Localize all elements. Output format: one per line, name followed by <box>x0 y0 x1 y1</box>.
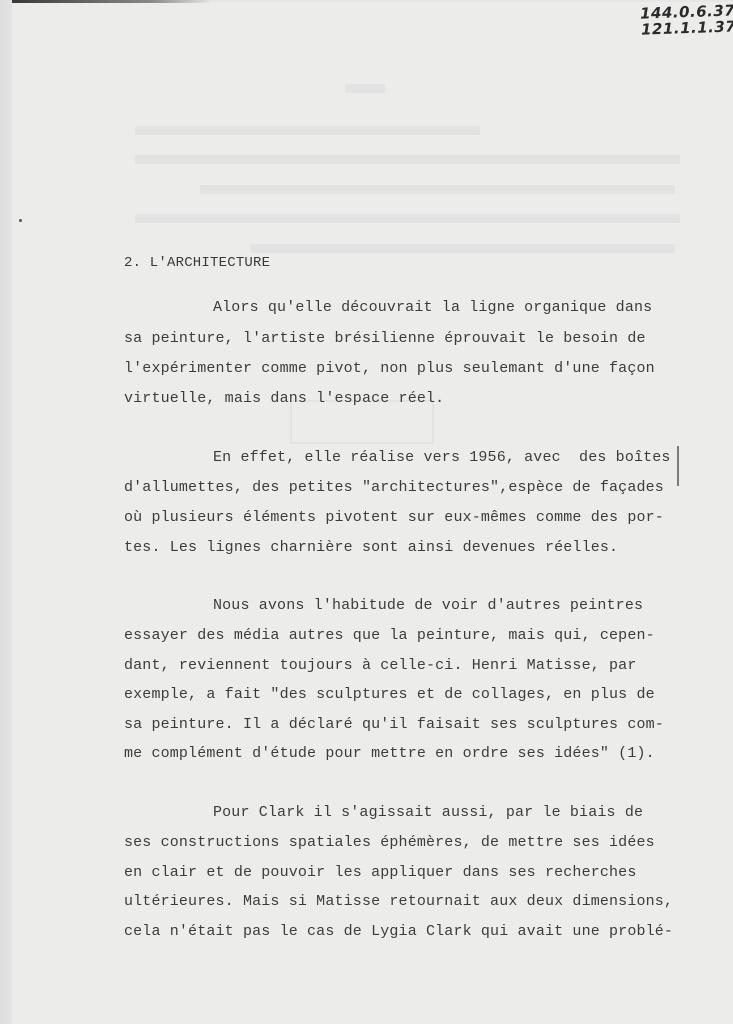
bleed-through-line <box>200 185 675 194</box>
paragraph-4-line-4: ultérieures. Mais si Matisse retournait … <box>124 893 673 910</box>
paragraph-3-line-5: sa peinture. Il a déclaré qu'il faisait … <box>124 716 664 733</box>
bleed-through-line <box>135 126 480 135</box>
paragraph-1-line-1: Alors qu'elle découvrait la ligne organi… <box>213 299 652 316</box>
paragraph-3-line-4: exemple, a fait "des sculptures et de co… <box>124 686 655 703</box>
bleed-through-line <box>250 244 675 253</box>
bleed-through-page-number <box>345 84 385 93</box>
paragraph-3-line-2: essayer des média autres que la peinture… <box>124 627 655 644</box>
archive-number-line-2: 121.1.1.37 <box>641 17 733 38</box>
paragraph-4-line-1: Pour Clark il s'agissait aussi, par le b… <box>213 804 643 821</box>
section-heading: 2. L'ARCHITECTURE <box>124 255 270 271</box>
paper-speck <box>19 219 22 222</box>
bleed-through-line <box>135 155 680 164</box>
paragraph-3-line-1: Nous avons l'habitude de voir d'autres p… <box>213 597 643 614</box>
paragraph-1-line-2: sa peinture, l'artiste brésilienne éprou… <box>124 330 646 347</box>
paragraph-1-line-4: virtuelle, mais dans l'espace réel. <box>124 390 444 407</box>
bleed-through-line <box>135 214 680 223</box>
scan-top-edge <box>12 0 212 3</box>
paragraph-4-line-2: ses constructions spatiales éphémères, d… <box>124 834 655 851</box>
paragraph-3-line-3: dant, reviennent toujours à celle-ci. He… <box>124 657 636 674</box>
paragraph-2-line-1: En effet, elle réalise vers 1956, avec d… <box>213 449 671 466</box>
margin-mark <box>677 446 679 486</box>
paragraph-4-line-5: cela n'était pas le cas de Lygia Clark q… <box>124 923 673 940</box>
scan-left-edge <box>0 0 12 1024</box>
paragraph-4-line-3: en clair et de pouvoir les appliquer dan… <box>124 864 636 881</box>
paragraph-1-line-3: l'expérimenter comme pivot, non plus seu… <box>124 360 655 377</box>
paragraph-3-line-6: me complément d'étude pour mettre en ord… <box>124 745 655 762</box>
paragraph-2-line-2: d'allumettes, des petites "architectures… <box>124 479 664 496</box>
paragraph-2-line-3: où plusieurs éléments pivotent sur eux-m… <box>124 509 664 526</box>
paragraph-2-line-4: tes. Les lignes charnière sont ainsi dev… <box>124 539 618 556</box>
